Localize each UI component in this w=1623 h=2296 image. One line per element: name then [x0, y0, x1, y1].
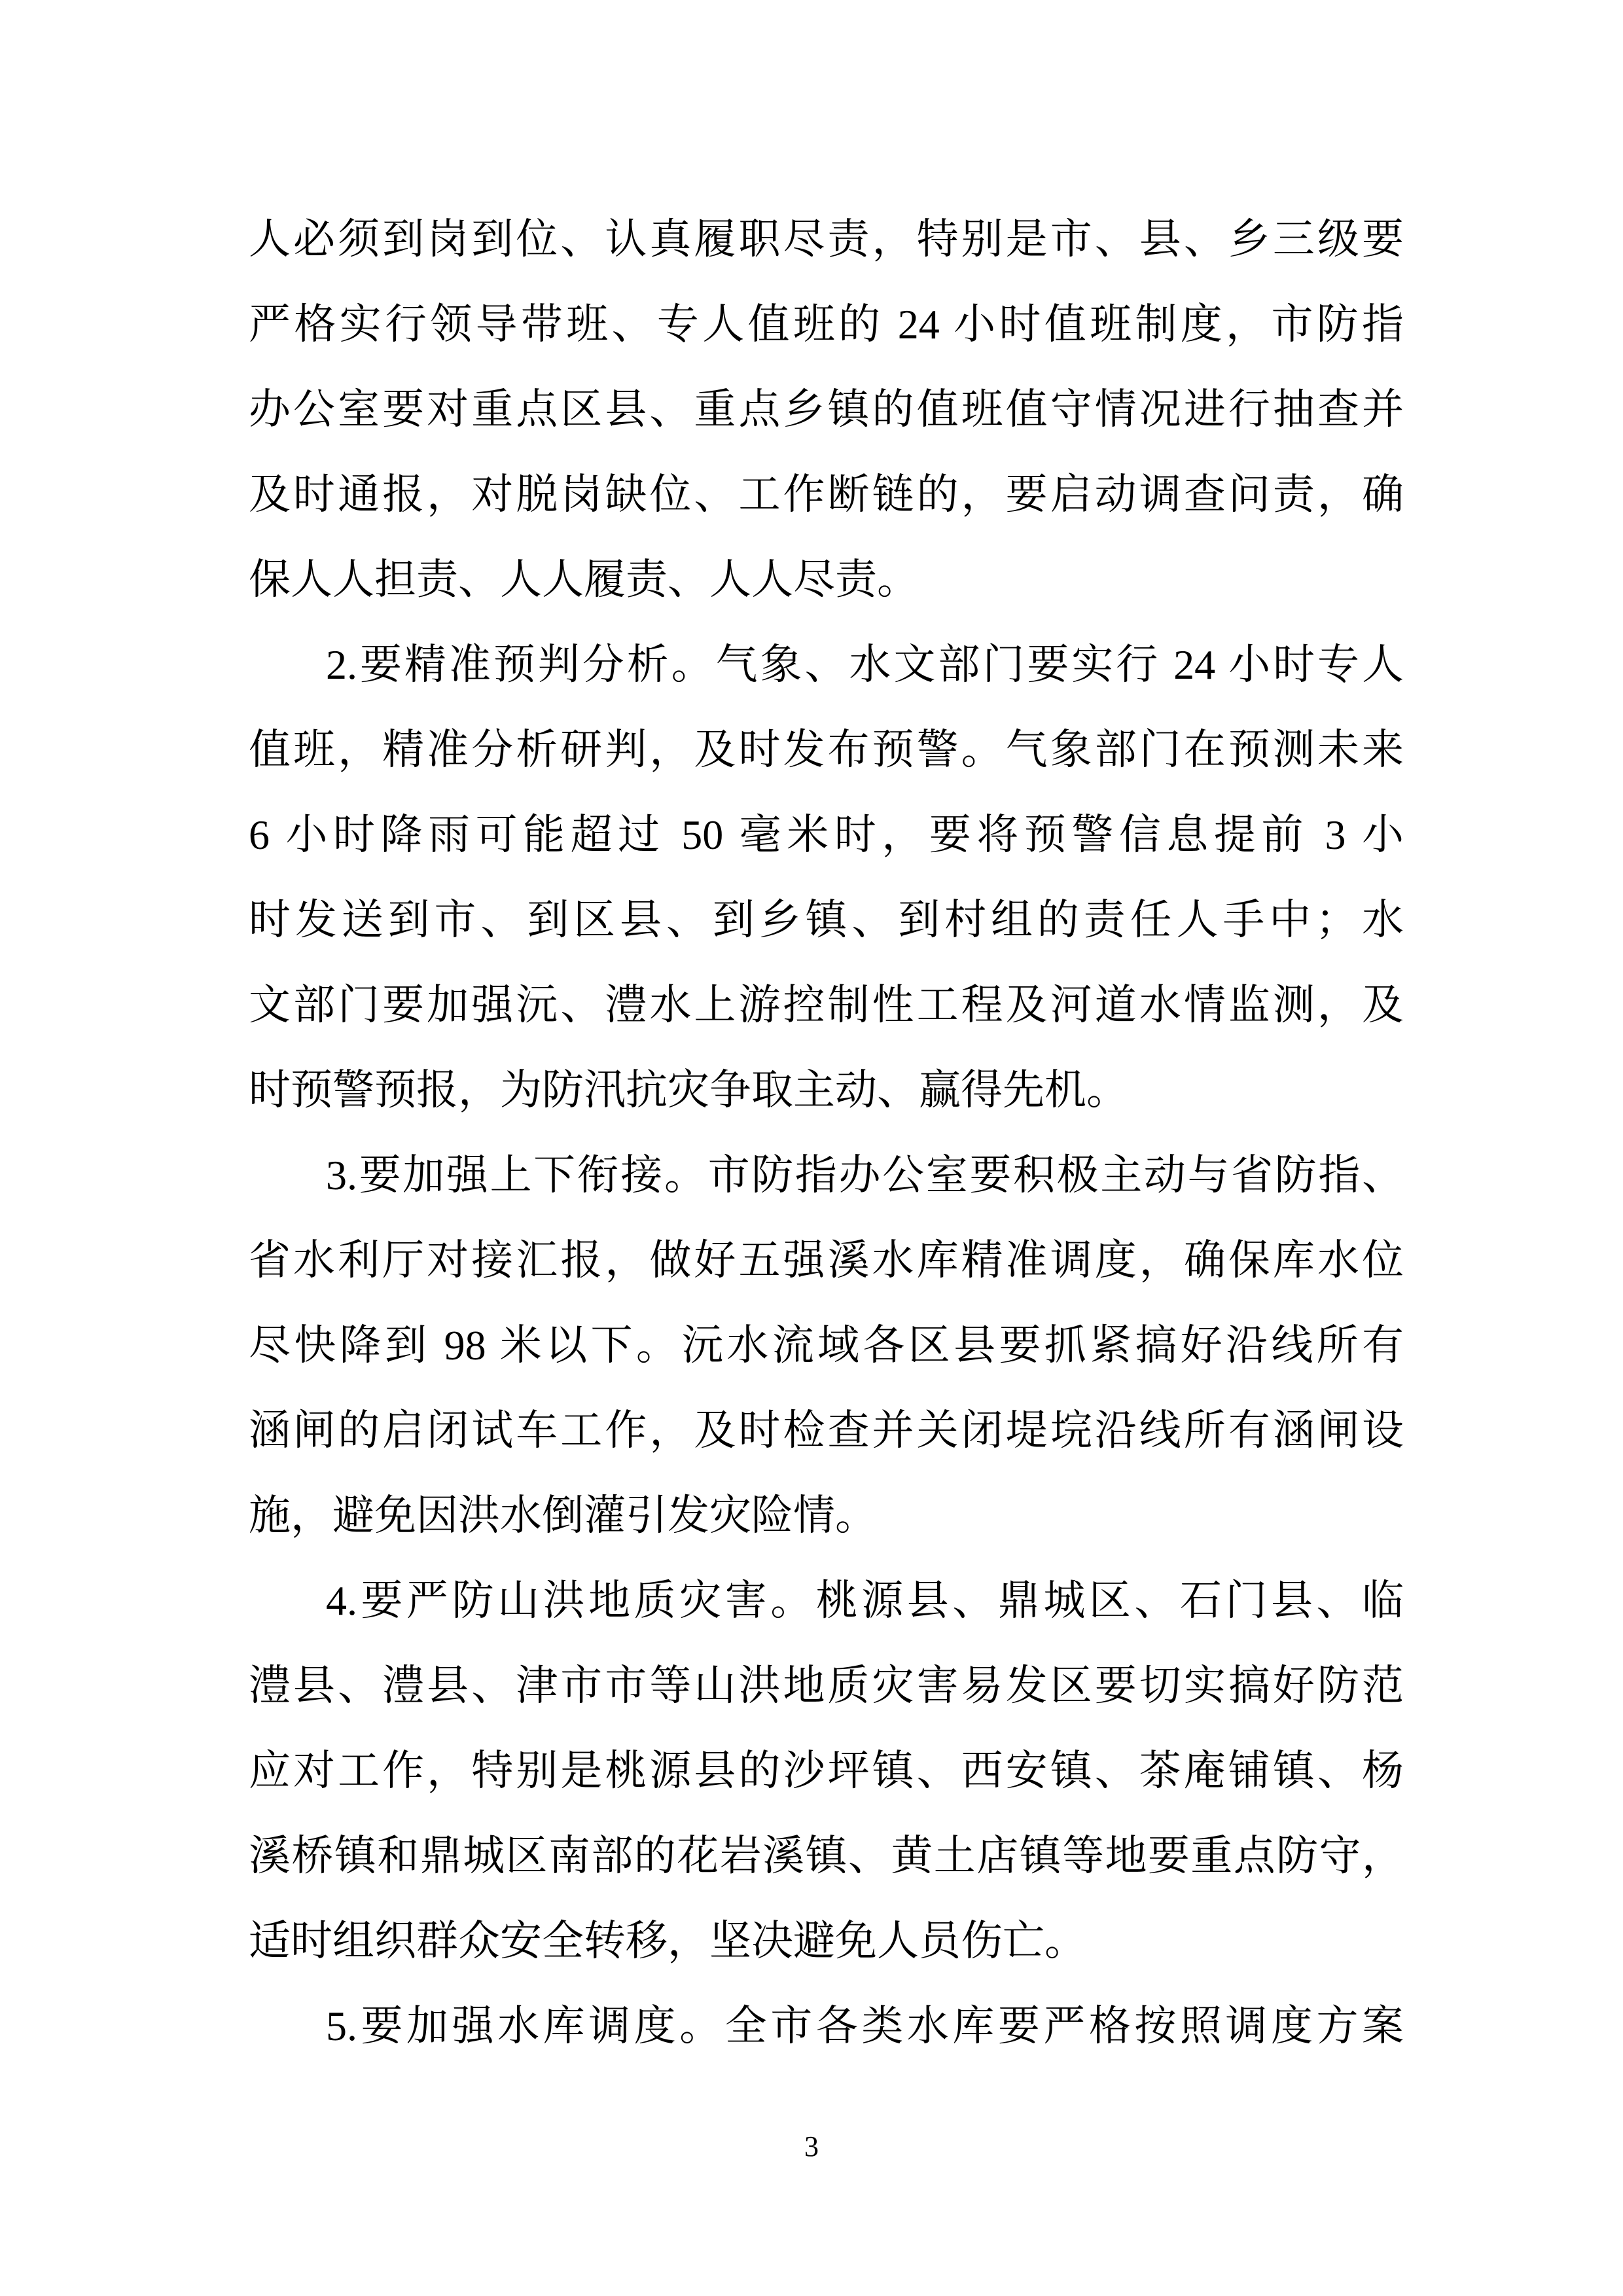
text-line: 值班，精准分析研判，及时发布预警。气象部门在预测未来: [249, 708, 1404, 793]
text-line: 4.要严防山洪地质灾害。桃源县、鼎城区、石门县、临: [249, 1558, 1404, 1643]
text-line: 保人人担责、人人履责、人人尽责。: [249, 537, 1404, 622]
document-body: 人必须到岗到位、认真履职尽责，特别是市、县、乡三级要严格实行领导带班、专人值班的…: [249, 197, 1404, 2069]
text-line: 尽快降到 98 米以下。沅水流域各区县要抓紧搞好沿线所有: [249, 1303, 1404, 1388]
text-line: 文部门要加强沅、澧水上游控制性工程及河道水情监测，及: [249, 963, 1404, 1048]
text-line: 适时组织群众安全转移，坚决避免人员伤亡。: [249, 1899, 1404, 1984]
text-line: 时预警预报，为防汛抗灾争取主动、赢得先机。: [249, 1048, 1404, 1133]
text-line: 3.要加强上下衔接。市防指办公室要积极主动与省防指、: [249, 1133, 1404, 1218]
text-line: 应对工作，特别是桃源县的沙坪镇、西安镇、茶庵铺镇、杨: [249, 1729, 1404, 1814]
text-line: 人必须到岗到位、认真履职尽责，特别是市、县、乡三级要: [249, 197, 1404, 282]
text-line: 省水利厅对接汇报，做好五强溪水库精准调度，确保库水位: [249, 1218, 1404, 1303]
text-line: 涵闸的启闭试车工作，及时检查并关闭堤垸沿线所有涵闸设: [249, 1388, 1404, 1473]
text-line: 溪桥镇和鼎城区南部的花岩溪镇、黄土店镇等地要重点防守，: [249, 1814, 1404, 1899]
text-line: 6 小时降雨可能超过 50 毫米时，要将预警信息提前 3 小: [249, 793, 1404, 878]
text-line: 严格实行领导带班、专人值班的 24 小时值班制度，市防指: [249, 282, 1404, 367]
text-line: 及时通报，对脱岗缺位、工作断链的，要启动调查问责，确: [249, 452, 1404, 537]
page-number: 3: [0, 2126, 1623, 2168]
text-line: 5.要加强水库调度。全市各类水库要严格按照调度方案: [249, 1984, 1404, 2069]
text-line: 办公室要对重点区县、重点乡镇的值班值守情况进行抽查并: [249, 367, 1404, 452]
text-line: 2.要精准预判分析。气象、水文部门要实行 24 小时专人: [249, 622, 1404, 708]
text-line: 施，避免因洪水倒灌引发灾险情。: [249, 1473, 1404, 1558]
document-page: 人必须到岗到位、认真履职尽责，特别是市、县、乡三级要严格实行领导带班、专人值班的…: [0, 0, 1623, 2296]
text-line: 时发送到市、到区县、到乡镇、到村组的责任人手中；水: [249, 878, 1404, 963]
text-line: 澧县、澧县、津市市等山洪地质灾害易发区要切实搞好防范: [249, 1643, 1404, 1729]
